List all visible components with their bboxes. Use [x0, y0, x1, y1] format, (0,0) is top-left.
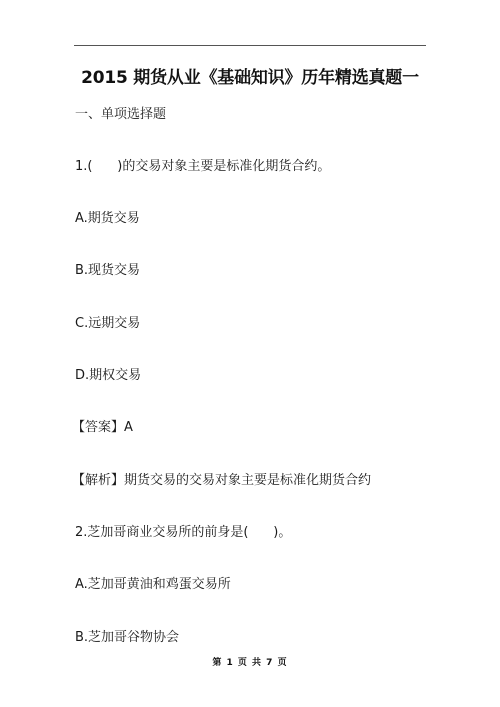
question-2-option-b: B.芝加哥谷物协会 [75, 630, 179, 646]
question-1-answer: 【答案】A [72, 420, 133, 436]
question-1-stem: 1.( )的交易对象主要是标准化期货合约。 [75, 159, 330, 175]
question-2-stem: 2.芝加哥商业交易所的前身是( )。 [75, 525, 291, 541]
section-heading: 一、单项选择题 [75, 107, 166, 123]
document-page: 2015 期货从业《基础知识》历年精选真题一 一、单项选择题 1.( )的交易对… [0, 0, 500, 707]
question-1-option-a: A.期货交易 [75, 211, 140, 227]
question-1-option-d: D.期权交易 [75, 368, 141, 384]
document-title: 2015 期货从业《基础知识》历年精选真题一 [0, 63, 500, 88]
question-2-option-a: A.芝加哥黄油和鸡蛋交易所 [75, 577, 231, 593]
header-rule [74, 45, 426, 46]
question-1-option-c: C.远期交易 [75, 316, 140, 332]
question-1-analysis: 【解析】期货交易的交易对象主要是标准化期货合约 [72, 473, 371, 489]
page-footer: 第 1 页 共 7 页 [0, 655, 500, 668]
question-1-option-b: B.现货交易 [75, 263, 140, 279]
